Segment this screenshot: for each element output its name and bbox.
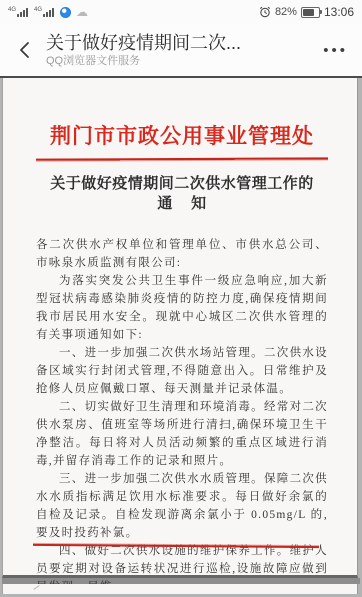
status-right: 82% 13:06 [259,5,354,19]
header-titles: 关于做好疫情期间二次... QQ浏览器文件服务 [46,33,241,68]
battery-percent: 82% [275,6,297,18]
document-title-line1: 关于做好疫情期间二次供水管理工作的 [36,174,328,194]
document-body: 各二次供水产权单位和管理单位、市供水总公司、市咏泉水质监测有限公司: 为落实突发… [36,236,328,596]
alarm-clock-icon [259,6,271,18]
more-menu-button[interactable]: ••• [321,38,350,63]
letterhead-rule [36,157,328,161]
status-left: 4G 4G ☁ [8,6,88,18]
page-title: 关于做好疫情期间二次... [46,33,241,54]
status-bar: 4G 4G ☁ 82% 13:06 [0,0,362,24]
qq-browser-icon [60,7,71,18]
back-button[interactable] [12,37,38,63]
paragraph-addressee: 各二次供水产权单位和管理单位、市供水总公司、市咏泉水质监测有限公司: [36,236,328,272]
paragraph-item-2: 二、切实做好卫生清理和环境消毒。经常对二次供水泵房、值班室等场所进行清扫,确保环… [36,398,328,470]
page-subtitle: QQ浏览器文件服务 [46,54,241,68]
document-title: 关于做好疫情期间二次供水管理工作的 通 知 [36,174,328,214]
paragraph-intro: 为落实突发公共卫生事件一级应急响应,加大新型冠状病毒感染肺炎疫情的防控力度,确保… [36,272,328,344]
signal-label: 4G [8,7,16,13]
cloud-icon: ☁ [76,6,88,18]
scan-artifact-mark [33,585,39,590]
letterhead-title: 荆门市市政公用事业管理处 [36,124,328,149]
paragraph-item-1: 一、进一步加强二次供水场站管理。二次供水设备区域实行封闭式管理,不得随意出入。日… [36,344,328,398]
cellular-signal-icon: 4G [34,8,55,17]
app-header: 关于做好疫情期间二次... QQ浏览器文件服务 ••• [0,24,362,76]
phone-screen: 4G 4G ☁ 82% 13:06 [0,0,362,597]
paragraph-item-3: 三、进一步加强二次供水水质管理。保障二次供水水质指标满足饮用水标准要求。每日做好… [36,470,328,542]
cellular-signal-icon: 4G [8,8,29,17]
status-time: 13:06 [324,5,354,19]
document-page-1: 荆门市市政公用事业管理处 关于做好疫情期间二次供水管理工作的 通 知 各二次供水… [2,78,358,578]
document-page-2-edge [2,584,358,594]
document-title-line2: 通 知 [36,194,328,214]
signal-label: 4G [34,7,42,13]
back-chevron-icon [16,41,34,59]
battery-icon [301,7,320,18]
document-viewport[interactable]: 荆门市市政公用事业管理处 关于做好疫情期间二次供水管理工作的 通 知 各二次供水… [0,76,362,597]
